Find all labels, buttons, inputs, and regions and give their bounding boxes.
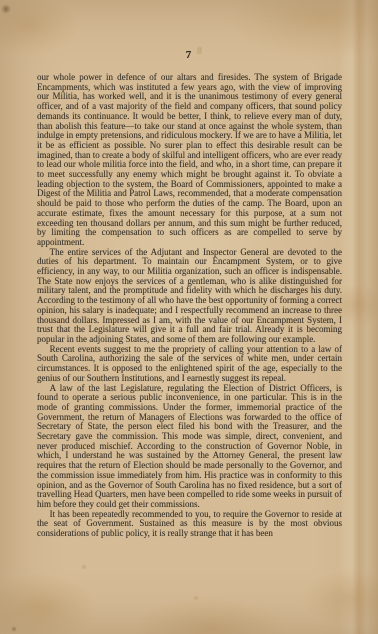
- page-number: 7: [0, 49, 378, 61]
- text-block: our whole power in defence of our altars…: [37, 73, 342, 539]
- paragraph-4: A law of the last Legislature, regulatin…: [37, 384, 342, 510]
- scanned-page: 7 8 our whole power in defence of our al…: [0, 0, 378, 634]
- bleed-through-mark: 8: [197, 46, 202, 57]
- paragraph-2: The entire services of the Adjutant and …: [37, 248, 342, 345]
- paragraph-5: It has been repeatedly recommended to yo…: [37, 510, 342, 539]
- paragraph-1: our whole power in defence of our altars…: [37, 73, 342, 248]
- paragraph-3: Recent events suggest to me the propriet…: [37, 345, 342, 384]
